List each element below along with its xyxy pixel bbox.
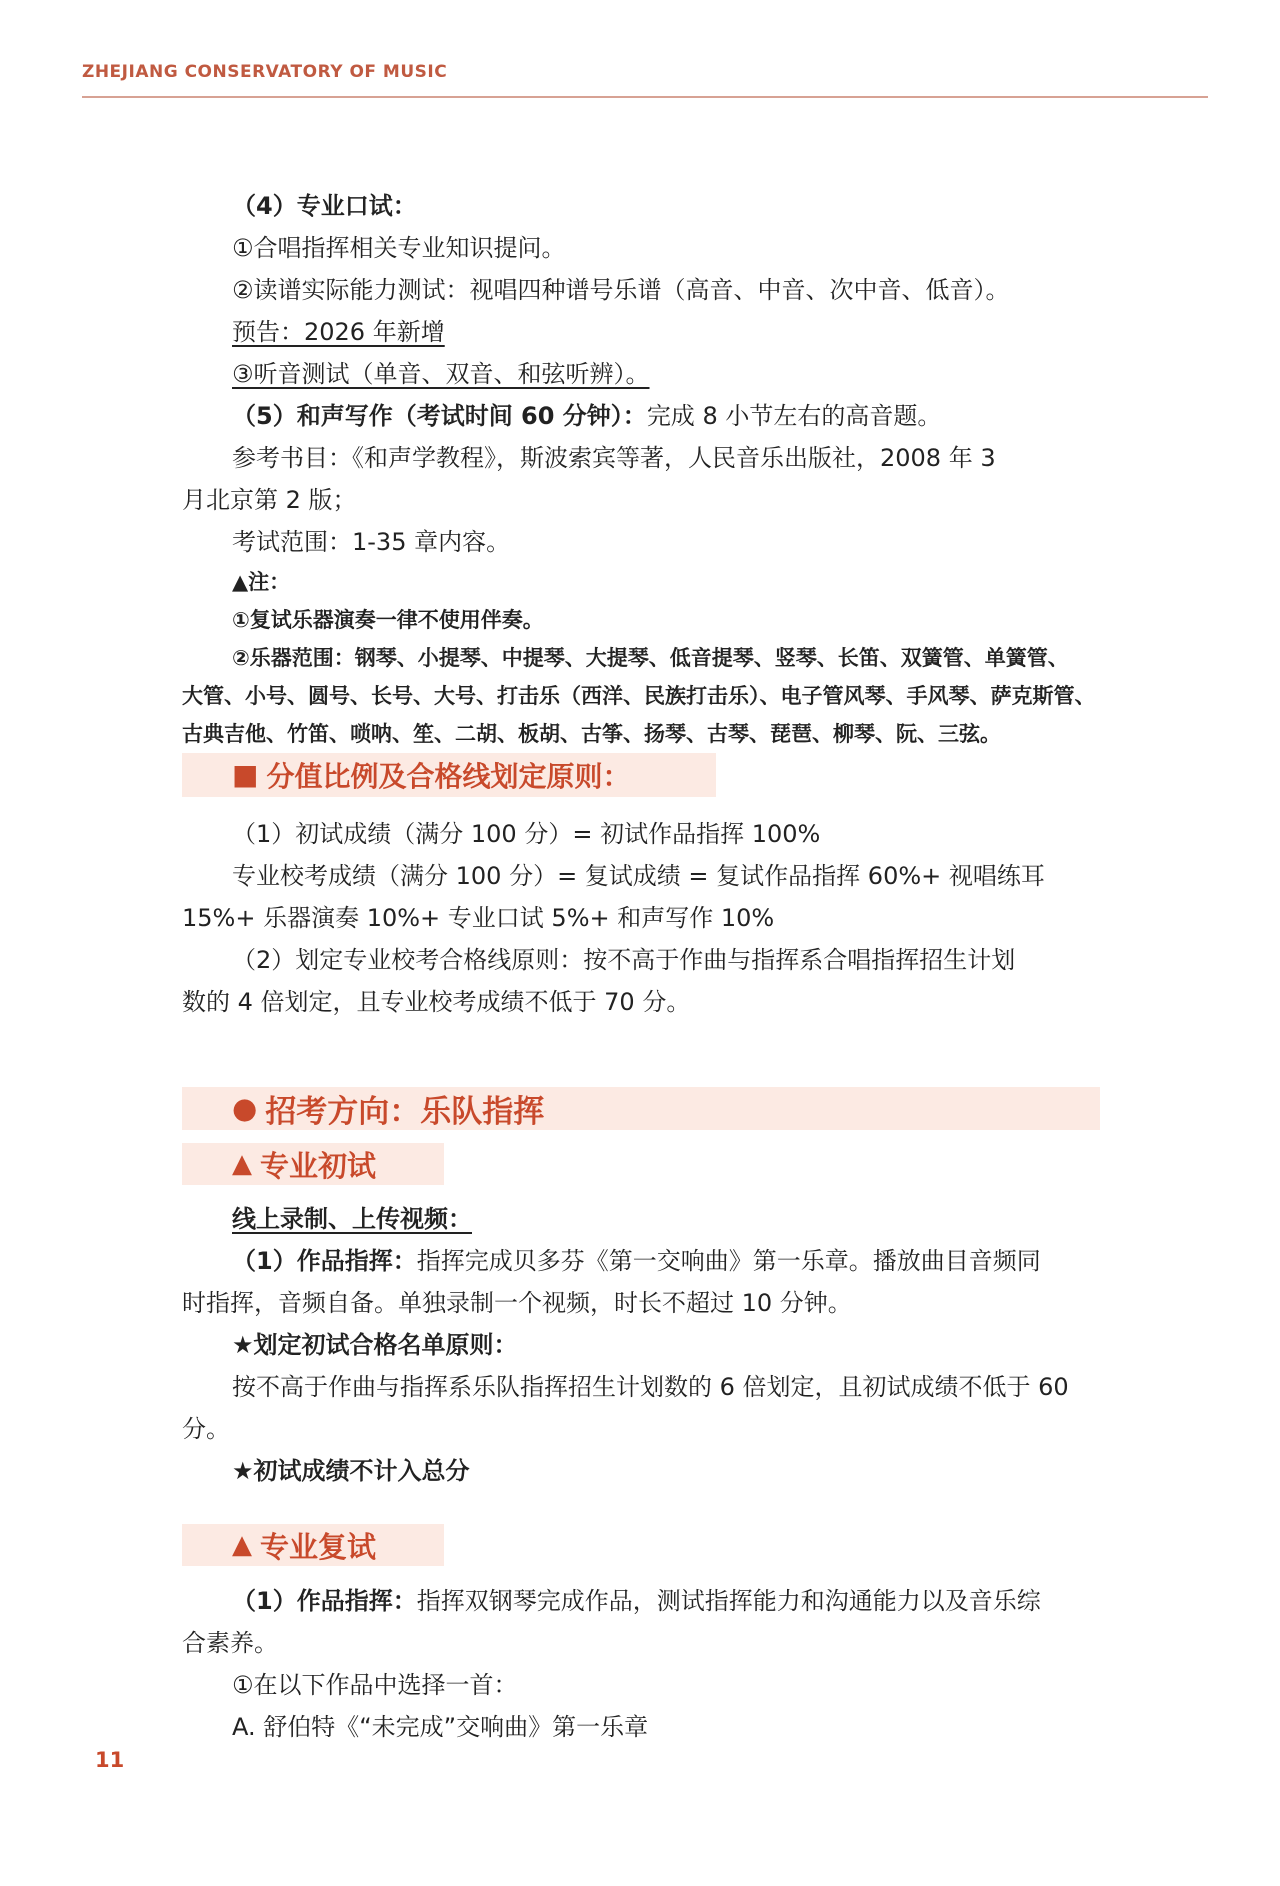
- text-line: 数的 4 倍划定，且专业校考成绩不低于 70 分。: [182, 981, 1120, 1023]
- text-run: 考试范围：1-35 章内容。: [232, 528, 510, 556]
- text-run: 数的 4 倍划定，且专业校考成绩不低于 70 分。: [182, 988, 690, 1016]
- text-line: （4）专业口试：: [182, 185, 1120, 227]
- text-run: ①在以下作品中选择一首：: [232, 1671, 518, 1699]
- document-page: ZHEJIANG CONSERVATORY OF MUSIC （4）专业口试：①…: [0, 0, 1280, 1886]
- text-run: 专业校考成绩（满分 100 分）= 复试成绩 = 复试作品指挥 60%+ 视唱练…: [232, 862, 1045, 890]
- text-line: ②读谱实际能力测试：视唱四种谱号乐谱（高音、中音、次中音、低音）。: [182, 269, 1120, 311]
- text-run: ①合唱指挥相关专业知识提问。: [232, 234, 566, 262]
- text-run: 线上录制、上传视频：: [232, 1205, 472, 1233]
- text-line: ③听音测试（单音、双音、和弦听辨）。: [182, 353, 1120, 395]
- text-run: ★初试成绩不计入总分: [232, 1457, 470, 1485]
- text-run: ②读谱实际能力测试：视唱四种谱号乐谱（高音、中音、次中音、低音）。: [232, 276, 1010, 304]
- text-run: ②乐器范围：钢琴、小提琴、中提琴、大提琴、低音提琴、竖琴、长笛、双簧管、单簧管、: [232, 646, 1069, 670]
- text-line: （5）和声写作（考试时间 60 分钟）：完成 8 小节左右的高音题。: [182, 395, 1120, 437]
- text-run: 指挥双钢琴完成作品，测试指挥能力和沟通能力以及音乐综: [417, 1587, 1041, 1615]
- text-line: 参考书目：《和声学教程》，斯波索宾等著，人民音乐出版社，2008 年 3: [182, 437, 1120, 479]
- text-line: 预告：2026 年新增: [182, 311, 1120, 353]
- text-line: ①合唱指挥相关专业知识提问。: [182, 227, 1120, 269]
- text-line: 月北京第 2 版；: [182, 479, 1120, 521]
- text-run: A. 舒伯特《“未完成”交响曲》第一乐章: [232, 1713, 648, 1741]
- document-body: （4）专业口试：①合唱指挥相关专业知识提问。②读谱实际能力测试：视唱四种谱号乐谱…: [182, 185, 1120, 1748]
- text-line: 15%+ 乐器演奏 10%+ 专业口试 5%+ 和声写作 10%: [182, 897, 1120, 939]
- text-line: ②乐器范围：钢琴、小提琴、中提琴、大提琴、低音提琴、竖琴、长笛、双簧管、单簧管、: [182, 639, 1120, 677]
- text-run: （1）初试成绩（满分 100 分）= 初试作品指挥 100%: [232, 820, 820, 848]
- text-line: 按不高于作曲与指挥系乐队指挥招生计划数的 6 倍划定，且初试成绩不低于 60: [182, 1366, 1120, 1408]
- text-line: ①在以下作品中选择一首：: [182, 1664, 1120, 1706]
- text-run: ▲注：: [232, 570, 290, 594]
- text-run: 月北京第 2 版；: [182, 486, 357, 514]
- text-run: 合素养。: [182, 1629, 278, 1657]
- section-heading-label: 分值比例及合格线划定原则：: [266, 755, 630, 795]
- spacer: [182, 1566, 1120, 1580]
- text-line: 古典吉他、竹笛、唢呐、笙、二胡、板胡、古筝、扬琴、古琴、琵琶、柳琴、阮、三弦。: [182, 715, 1120, 753]
- text-run: ③听音测试（单音、双音、和弦听辨）。: [232, 360, 650, 388]
- square-bullet-icon: ■: [232, 761, 258, 789]
- text-run: 参考书目：《和声学教程》，斯波索宾等著，人民音乐出版社，2008 年 3: [232, 444, 996, 472]
- text-line: 大管、小号、圆号、长号、大号、打击乐（西洋、民族打击乐）、电子管风琴、手风琴、萨…: [182, 677, 1120, 715]
- section-heading-preliminary-exam: ▲专业初试: [182, 1143, 444, 1185]
- header-rule: [82, 96, 1208, 98]
- text-line: ★初试成绩不计入总分: [182, 1450, 1120, 1492]
- text-run: （2）划定专业校考合格线原则：按不高于作曲与指挥系合唱指挥招生计划: [232, 946, 1015, 974]
- section-heading-label: 专业复试: [260, 1525, 376, 1566]
- text-run: （1）作品指挥：: [232, 1247, 417, 1275]
- circle-bullet-icon: ●: [232, 1094, 257, 1123]
- text-line: 时指挥，音频自备。单独录制一个视频，时长不超过 10 分钟。: [182, 1282, 1120, 1324]
- text-line: （1）作品指挥：指挥完成贝多芬《第一交响曲》第一乐章。播放曲目音频同: [182, 1240, 1120, 1282]
- text-run: 时指挥，音频自备。单独录制一个视频，时长不超过 10 分钟。: [182, 1289, 852, 1317]
- text-line: 分。: [182, 1408, 1120, 1450]
- spacer: [182, 1185, 1120, 1198]
- section-heading-label: 专业初试: [260, 1144, 376, 1185]
- text-line: 合素养。: [182, 1622, 1120, 1664]
- text-line: ①复试乐器演奏一律不使用伴奏。: [182, 601, 1120, 639]
- text-line: A. 舒伯特《“未完成”交响曲》第一乐章: [182, 1706, 1120, 1748]
- spacer: [182, 797, 1120, 813]
- section-heading-final-exam: ▲专业复试: [182, 1524, 444, 1566]
- text-run: 15%+ 乐器演奏 10%+ 专业口试 5%+ 和声写作 10%: [182, 904, 774, 932]
- text-line: （1）作品指挥：指挥双钢琴完成作品，测试指挥能力和沟通能力以及音乐综: [182, 1580, 1120, 1622]
- text-line: ▲注：: [182, 563, 1120, 601]
- text-line: 考试范围：1-35 章内容。: [182, 521, 1120, 563]
- text-line: （2）划定专业校考合格线原则：按不高于作曲与指挥系合唱指挥招生计划: [182, 939, 1120, 981]
- page-number: 11: [95, 1748, 124, 1772]
- text-run: 预告：2026 年新增: [232, 318, 445, 346]
- text-run: 指挥完成贝多芬《第一交响曲》第一乐章。播放曲目音频同: [417, 1247, 1041, 1275]
- text-run: （5）和声写作（考试时间 60 分钟）：: [232, 402, 647, 430]
- section-heading-label: 招考方向：乐队指挥: [265, 1086, 544, 1131]
- text-run: 分。: [182, 1415, 230, 1443]
- text-run: 大管、小号、圆号、长号、大号、打击乐（西洋、民族打击乐）、电子管风琴、手风琴、萨…: [182, 684, 1096, 708]
- text-run: （4）专业口试：: [232, 192, 417, 220]
- text-line: 专业校考成绩（满分 100 分）= 复试成绩 = 复试作品指挥 60%+ 视唱练…: [182, 855, 1120, 897]
- section-heading-score-ratio: ■分值比例及合格线划定原则：: [182, 753, 716, 797]
- text-run: 完成 8 小节左右的高音题。: [647, 402, 942, 430]
- spacer: [182, 1023, 1120, 1087]
- section-heading-direction-orchestra-conducting: ●招考方向：乐队指挥: [182, 1087, 1100, 1130]
- triangle-bullet-icon: ▲: [232, 1151, 252, 1177]
- text-run: ①复试乐器演奏一律不使用伴奏。: [232, 608, 544, 632]
- text-run: 按不高于作曲与指挥系乐队指挥招生计划数的 6 倍划定，且初试成绩不低于 60: [232, 1373, 1069, 1401]
- spacer: [182, 1130, 1120, 1143]
- triangle-bullet-icon: ▲: [232, 1532, 252, 1558]
- header-title: ZHEJIANG CONSERVATORY OF MUSIC: [82, 62, 447, 82]
- text-line: ★划定初试合格名单原则：: [182, 1324, 1120, 1366]
- text-run: 古典吉他、竹笛、唢呐、笙、二胡、板胡、古筝、扬琴、古琴、琵琶、柳琴、阮、三弦。: [182, 722, 1001, 746]
- text-run: （1）作品指挥：: [232, 1587, 417, 1615]
- text-run: ★划定初试合格名单原则：: [232, 1331, 518, 1359]
- text-line: 线上录制、上传视频：: [182, 1198, 1120, 1240]
- spacer: [182, 1492, 1120, 1524]
- text-line: （1）初试成绩（满分 100 分）= 初试作品指挥 100%: [182, 813, 1120, 855]
